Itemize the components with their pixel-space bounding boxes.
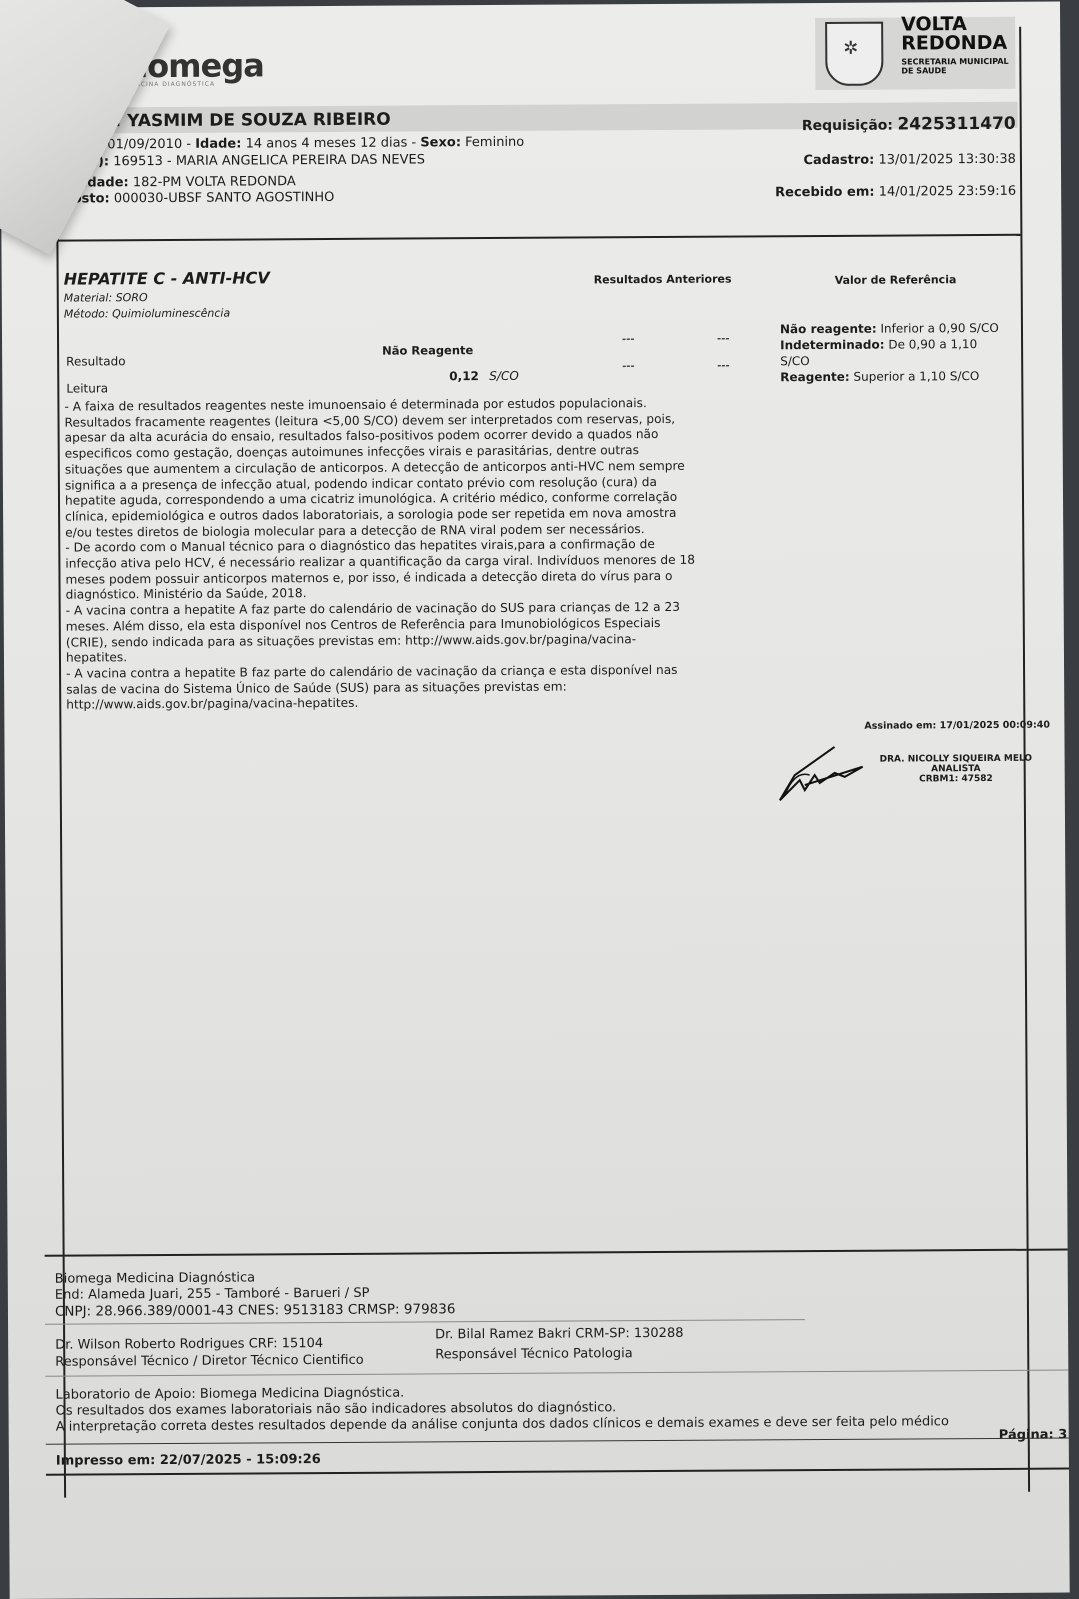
patient-unit: Unidade: 182-PM VOLTA REDONDA (63, 174, 296, 191)
request-label: Requisição: (802, 118, 893, 135)
patient-doctor: Dr.(a): 169513 - MARIA ANGELICA PEREIRA … (63, 152, 425, 170)
result-previous-1: --- (622, 334, 635, 345)
subtitle-line-2: DE SAUDE (901, 66, 1008, 76)
post-value: 000030-UBSF SANTO AGOSTINHO (114, 190, 335, 206)
page-number: Página: 3 (999, 1428, 1068, 1444)
method-value: Quimioluminescência (112, 307, 230, 321)
patient-name-value: YASMIM DE SOUZA RIBEIRO (127, 110, 391, 132)
method-label: Método: (64, 307, 109, 320)
received-value: 14/01/2025 23:59:16 (879, 184, 1017, 200)
signed-label: Assinado em: (864, 720, 936, 731)
reading-previous-1: --- (622, 361, 635, 372)
result-previous-2: --- (717, 334, 730, 345)
material-value: SORO (116, 291, 148, 304)
lab-report-page: biomega MEDICINA DIAGNÓSTICA VOLTA REDON… (0, 2, 1070, 1599)
footer-address: End: Alameda Juari, 255 - Tamboré - Baru… (55, 1286, 370, 1304)
reference-nonreactive: Não reagente: Inferior a 0,90 S/CO (780, 320, 1010, 337)
reference-reactive: Reagente: Superior a 1,10 S/CO (780, 368, 1010, 385)
tech2-name: Dr. Bilal Ramez Bakri CRM-SP: 130288 (435, 1326, 683, 1344)
reference-indeterminate: Indeterminado: De 0,90 a 1,10 S/CO (780, 336, 1010, 369)
page-label: Página: (999, 1428, 1054, 1443)
reference-label: Reagente: (780, 370, 850, 384)
reading-previous-2: --- (717, 361, 730, 372)
signed-date: Assinado em: 17/01/2025 00:09:40 (864, 720, 1050, 732)
patient-birth-age-sex: Nasc: 01/09/2010 - Idade: 14 anos 4 mese… (63, 135, 524, 154)
footer-ids: CNPJ: 28.966.389/0001-43 CNES: 9513183 C… (55, 1301, 456, 1319)
patient-post: Posto: 000030-UBSF SANTO AGOSTINHO (63, 190, 334, 208)
material-label: Material: (64, 291, 112, 304)
request-number: Requisição: 2425311470 (701, 116, 1016, 135)
subtitle-line-1: SECRETARIA MUNICIPAL (901, 57, 1008, 67)
exam-method: Método: Quimioluminescência (64, 307, 230, 321)
printed-label: Impresso em: (56, 1453, 156, 1469)
age-label: Idade: (195, 137, 241, 152)
analyst-signature-icon (775, 745, 870, 806)
birth-value: 01/09/2010 (107, 137, 182, 152)
sex-label: Sexo: (420, 135, 461, 150)
exam-material: Material: SORO (64, 291, 148, 305)
analyst-registration: CRBM1: 47582 (880, 774, 1032, 785)
exam-title: HEPATITE C - ANTI-HCV (64, 268, 270, 288)
page-value: 3 (1058, 1428, 1067, 1443)
previous-results-header: Resultados Anteriores (594, 273, 732, 287)
printed-date: Impresso em: 22/07/2025 - 15:09:26 (56, 1452, 321, 1470)
volta-redonda-logo: VOLTA REDONDA SECRETARIA MUNICIPAL DE SA… (815, 17, 1015, 90)
footer-company: Biomega Medicina Diagnóstica (55, 1270, 255, 1287)
reference-text: Inferior a 0,90 S/CO (880, 321, 998, 336)
analyst-block: DRA. NICOLLY SIQUEIRA MELO ANALISTA CRBM… (880, 754, 1033, 785)
result-label: Resultado (66, 354, 125, 368)
signed-value: 17/01/2025 00:09:40 (940, 720, 1050, 732)
municipality-subtitle: SECRETARIA MUNICIPAL DE SAUDE (901, 57, 1008, 76)
tech1-role: Responsável Técnico / Diretor Técnico Ci… (55, 1353, 364, 1371)
registered-date: Cadastro: 13/01/2025 13:30:38 (701, 152, 1016, 170)
reference-text: Superior a 1,10 S/CO (853, 369, 979, 384)
title-line-2: REDONDA (901, 34, 1007, 54)
doctor-value: 169513 - MARIA ANGELICA PEREIRA DAS NEVE… (113, 152, 425, 169)
received-date: Recebido em: 14/01/2025 23:59:16 (701, 184, 1016, 202)
unit-value: 182-PM VOLTA REDONDA (133, 174, 296, 190)
reference-values: Não reagente: Inferior a 0,90 S/CO Indet… (780, 320, 1010, 385)
reference-header: Valor de Referência (835, 273, 957, 287)
request-value: 2425311470 (897, 114, 1015, 135)
exam-notes: - A faixa de resultados reagentes neste … (64, 395, 776, 713)
reference-label: Não reagente: (780, 322, 877, 337)
sex-value: Feminino (465, 135, 524, 150)
tech2-role: Responsável Técnico Patologia (435, 1346, 633, 1363)
reading-unit: S/CO (489, 369, 519, 383)
age-value: 14 anos 4 meses 12 dias (246, 136, 408, 152)
tech1-name: Dr. Wilson Roberto Rodrigues CRF: 15104 (55, 1336, 323, 1354)
reference-label: Indeterminado: (780, 338, 885, 353)
registered-value: 13/01/2025 13:30:38 (878, 152, 1016, 168)
result-value: Não Reagente (382, 343, 473, 358)
printed-value: 22/07/2025 - 15:09:26 (160, 1452, 321, 1468)
coat-of-arms-icon (825, 22, 883, 86)
received-label: Recebido em: (775, 185, 875, 201)
registered-label: Cadastro: (803, 153, 874, 168)
analyst-name: DRA. NICOLLY SIQUEIRA MELO (880, 754, 1032, 765)
reading-value: 0,12 (449, 369, 479, 383)
municipality-title: VOLTA REDONDA (901, 15, 1007, 54)
reading-label: Leitura (66, 381, 108, 395)
